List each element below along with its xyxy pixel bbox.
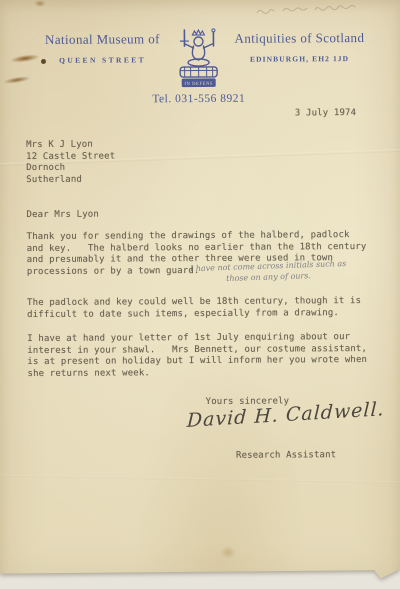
scanned-letter-page: National Museum of QUEEN STREET <box>0 0 400 589</box>
letter-date: 3 July 1974 <box>295 108 356 120</box>
crest-motto: IN DEFENS <box>184 81 213 86</box>
org-name-right: Antiquities of Scotland <box>228 30 370 47</box>
body-paragraph-2: The padlock and key could well be 18th c… <box>27 296 361 321</box>
letterhead-right-block: Antiquities of Scotland EDINBURGH, EH2 1… <box>228 30 370 64</box>
paper-shadow: National Museum of QUEEN STREET <box>0 0 400 589</box>
telephone-label: Tel. 031-556 8921 <box>0 92 399 106</box>
royal-arms-crest-icon: IN DEFENS <box>166 25 230 91</box>
salutation: Dear Mrs Lyon <box>26 210 98 222</box>
letterhead-left-block: National Museum of QUEEN STREET <box>36 31 168 65</box>
letter-content: National Museum of QUEEN STREET <box>0 0 400 589</box>
signer-title: Research Assistant <box>236 450 336 462</box>
org-name-left: National Museum of <box>36 31 168 48</box>
recipient-address: Mrs K J Lyon 12 Castle Street Dornoch Su… <box>26 140 115 187</box>
city-line: EDINBURGH, EH2 1JD <box>229 54 371 64</box>
body-paragraph-3: I have at hand your letter of 1st July e… <box>27 332 367 380</box>
street-line: QUEEN STREET <box>37 55 169 65</box>
paper-sheet: National Museum of QUEEN STREET <box>0 0 400 589</box>
